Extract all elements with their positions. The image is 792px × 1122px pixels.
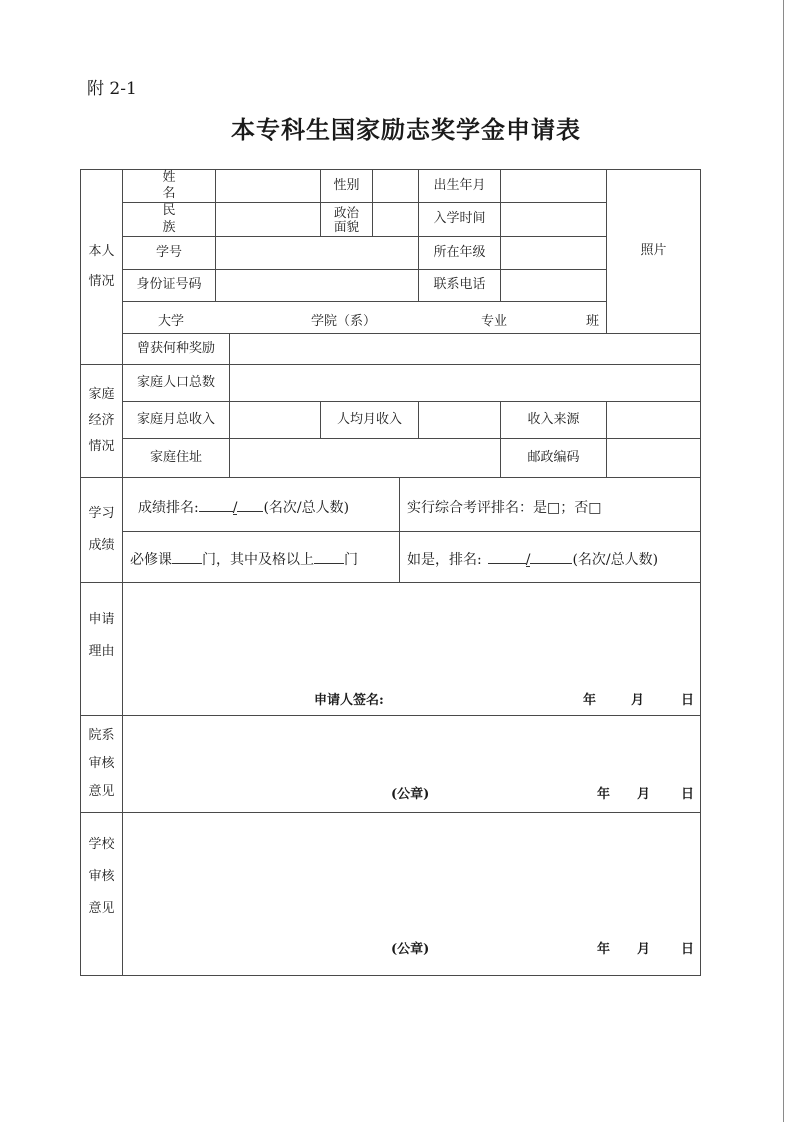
dept-month-label: 月 [637, 783, 650, 802]
yes-checkbox[interactable]: □ [547, 500, 560, 516]
dept-day-label: 日 [681, 783, 694, 802]
reason-year-label: 年 [583, 689, 596, 708]
comprehensive-rank-position-field[interactable] [488, 551, 526, 564]
phone-field[interactable] [501, 270, 606, 301]
dept-seal-label: (公章) [391, 783, 429, 802]
family-population-field[interactable] [230, 365, 700, 401]
section-label-study: 学习 成绩 [81, 478, 122, 582]
reason-month-label: 月 [631, 689, 644, 708]
no-checkbox[interactable]: □ [588, 500, 601, 516]
dept-year-label: 年 [597, 783, 610, 802]
grade-rank-line: 成绩排名:/(名次/总人数) [138, 497, 349, 517]
label-birth-date: 出生年月 [419, 170, 500, 202]
school-year-label: 年 [597, 938, 610, 957]
if-yes-rank-line: 如是，排名:/(名次/总人数) [407, 549, 658, 569]
section-label-reason: 申请 理由 [81, 583, 122, 689]
label-enrollment-date: 入学时间 [419, 203, 500, 236]
ethnicity-field[interactable] [216, 203, 320, 236]
birth-date-field[interactable] [501, 170, 606, 202]
label-political-status: 政治 面貌 [321, 203, 372, 236]
school-month-label: 月 [637, 938, 650, 957]
political-status-field[interactable] [373, 203, 418, 236]
label-grade: 所在年级 [419, 237, 500, 269]
rank-total-field[interactable] [237, 499, 263, 512]
required-courses-field[interactable] [172, 551, 202, 564]
school-info-row[interactable]: 大学 学院（系） 专业 班 [123, 302, 606, 333]
label-phone: 联系电话 [419, 270, 500, 301]
student-id-field[interactable] [216, 237, 418, 269]
label-awards: 曾获何种奖励 [123, 334, 229, 364]
attachment-number: 附 2-1 [87, 74, 137, 99]
name-field[interactable] [216, 170, 320, 202]
form-title: 本专科生国家励志奖学金申请表 [0, 110, 792, 145]
label-id-card: 身份证号码 [123, 270, 215, 301]
section-label-dept-review: 院系 审核 意见 [81, 716, 122, 812]
passed-courses-field[interactable] [314, 551, 344, 564]
school-review-textarea[interactable] [123, 813, 700, 933]
income-source-field[interactable] [607, 402, 700, 438]
label-home-address: 家庭住址 [123, 439, 229, 477]
page-edge-line [783, 0, 784, 1122]
label-monthly-income: 家庭月总收入 [123, 402, 229, 438]
label-per-capita-income: 人均月收入 [321, 402, 418, 438]
label-major: 专业 [481, 310, 507, 329]
comprehensive-eval-line: 实行综合考评排名：是□；否□ [407, 497, 601, 517]
enrollment-date-field[interactable] [501, 203, 606, 236]
label-class: 班 [586, 310, 599, 329]
label-name: 姓 名 [123, 170, 215, 202]
id-card-field[interactable] [216, 270, 418, 301]
section-label-school-review: 学校 审核 意见 [81, 813, 122, 941]
rank-position-field[interactable] [199, 499, 233, 512]
label-photo: 照片 [640, 243, 666, 259]
label-postcode: 邮政编码 [501, 439, 606, 477]
reason-textarea[interactable] [123, 583, 700, 678]
label-gender: 性别 [321, 170, 372, 202]
label-income-source: 收入来源 [501, 402, 606, 438]
school-day-label: 日 [681, 938, 694, 957]
postcode-field[interactable] [607, 439, 700, 477]
grade-field[interactable] [501, 237, 606, 269]
label-student-id: 学号 [123, 237, 215, 269]
label-college: 学院（系） [311, 310, 376, 329]
awards-field[interactable] [230, 334, 700, 364]
comprehensive-rank-total-field[interactable] [530, 551, 572, 564]
label-ethnicity: 民 族 [123, 203, 215, 236]
monthly-income-field[interactable] [230, 402, 320, 438]
applicant-signature-label: 申请人签名: [314, 689, 384, 708]
section-label-family: 家庭 经济 情况 [81, 365, 122, 477]
per-capita-income-field[interactable] [419, 402, 500, 438]
reason-day-label: 日 [681, 689, 694, 708]
section-label-personal: 本人 情况 [81, 170, 122, 364]
label-university: 大学 [158, 310, 184, 329]
home-address-field[interactable] [230, 439, 500, 477]
dept-review-textarea[interactable] [123, 716, 700, 776]
gender-field[interactable] [373, 170, 418, 202]
label-family-population: 家庭人口总数 [123, 365, 229, 401]
required-courses-line: 必修课门，其中及格以上门 [130, 549, 358, 569]
photo-box[interactable]: 照片 [607, 170, 700, 333]
school-seal-label: (公章) [391, 938, 429, 957]
